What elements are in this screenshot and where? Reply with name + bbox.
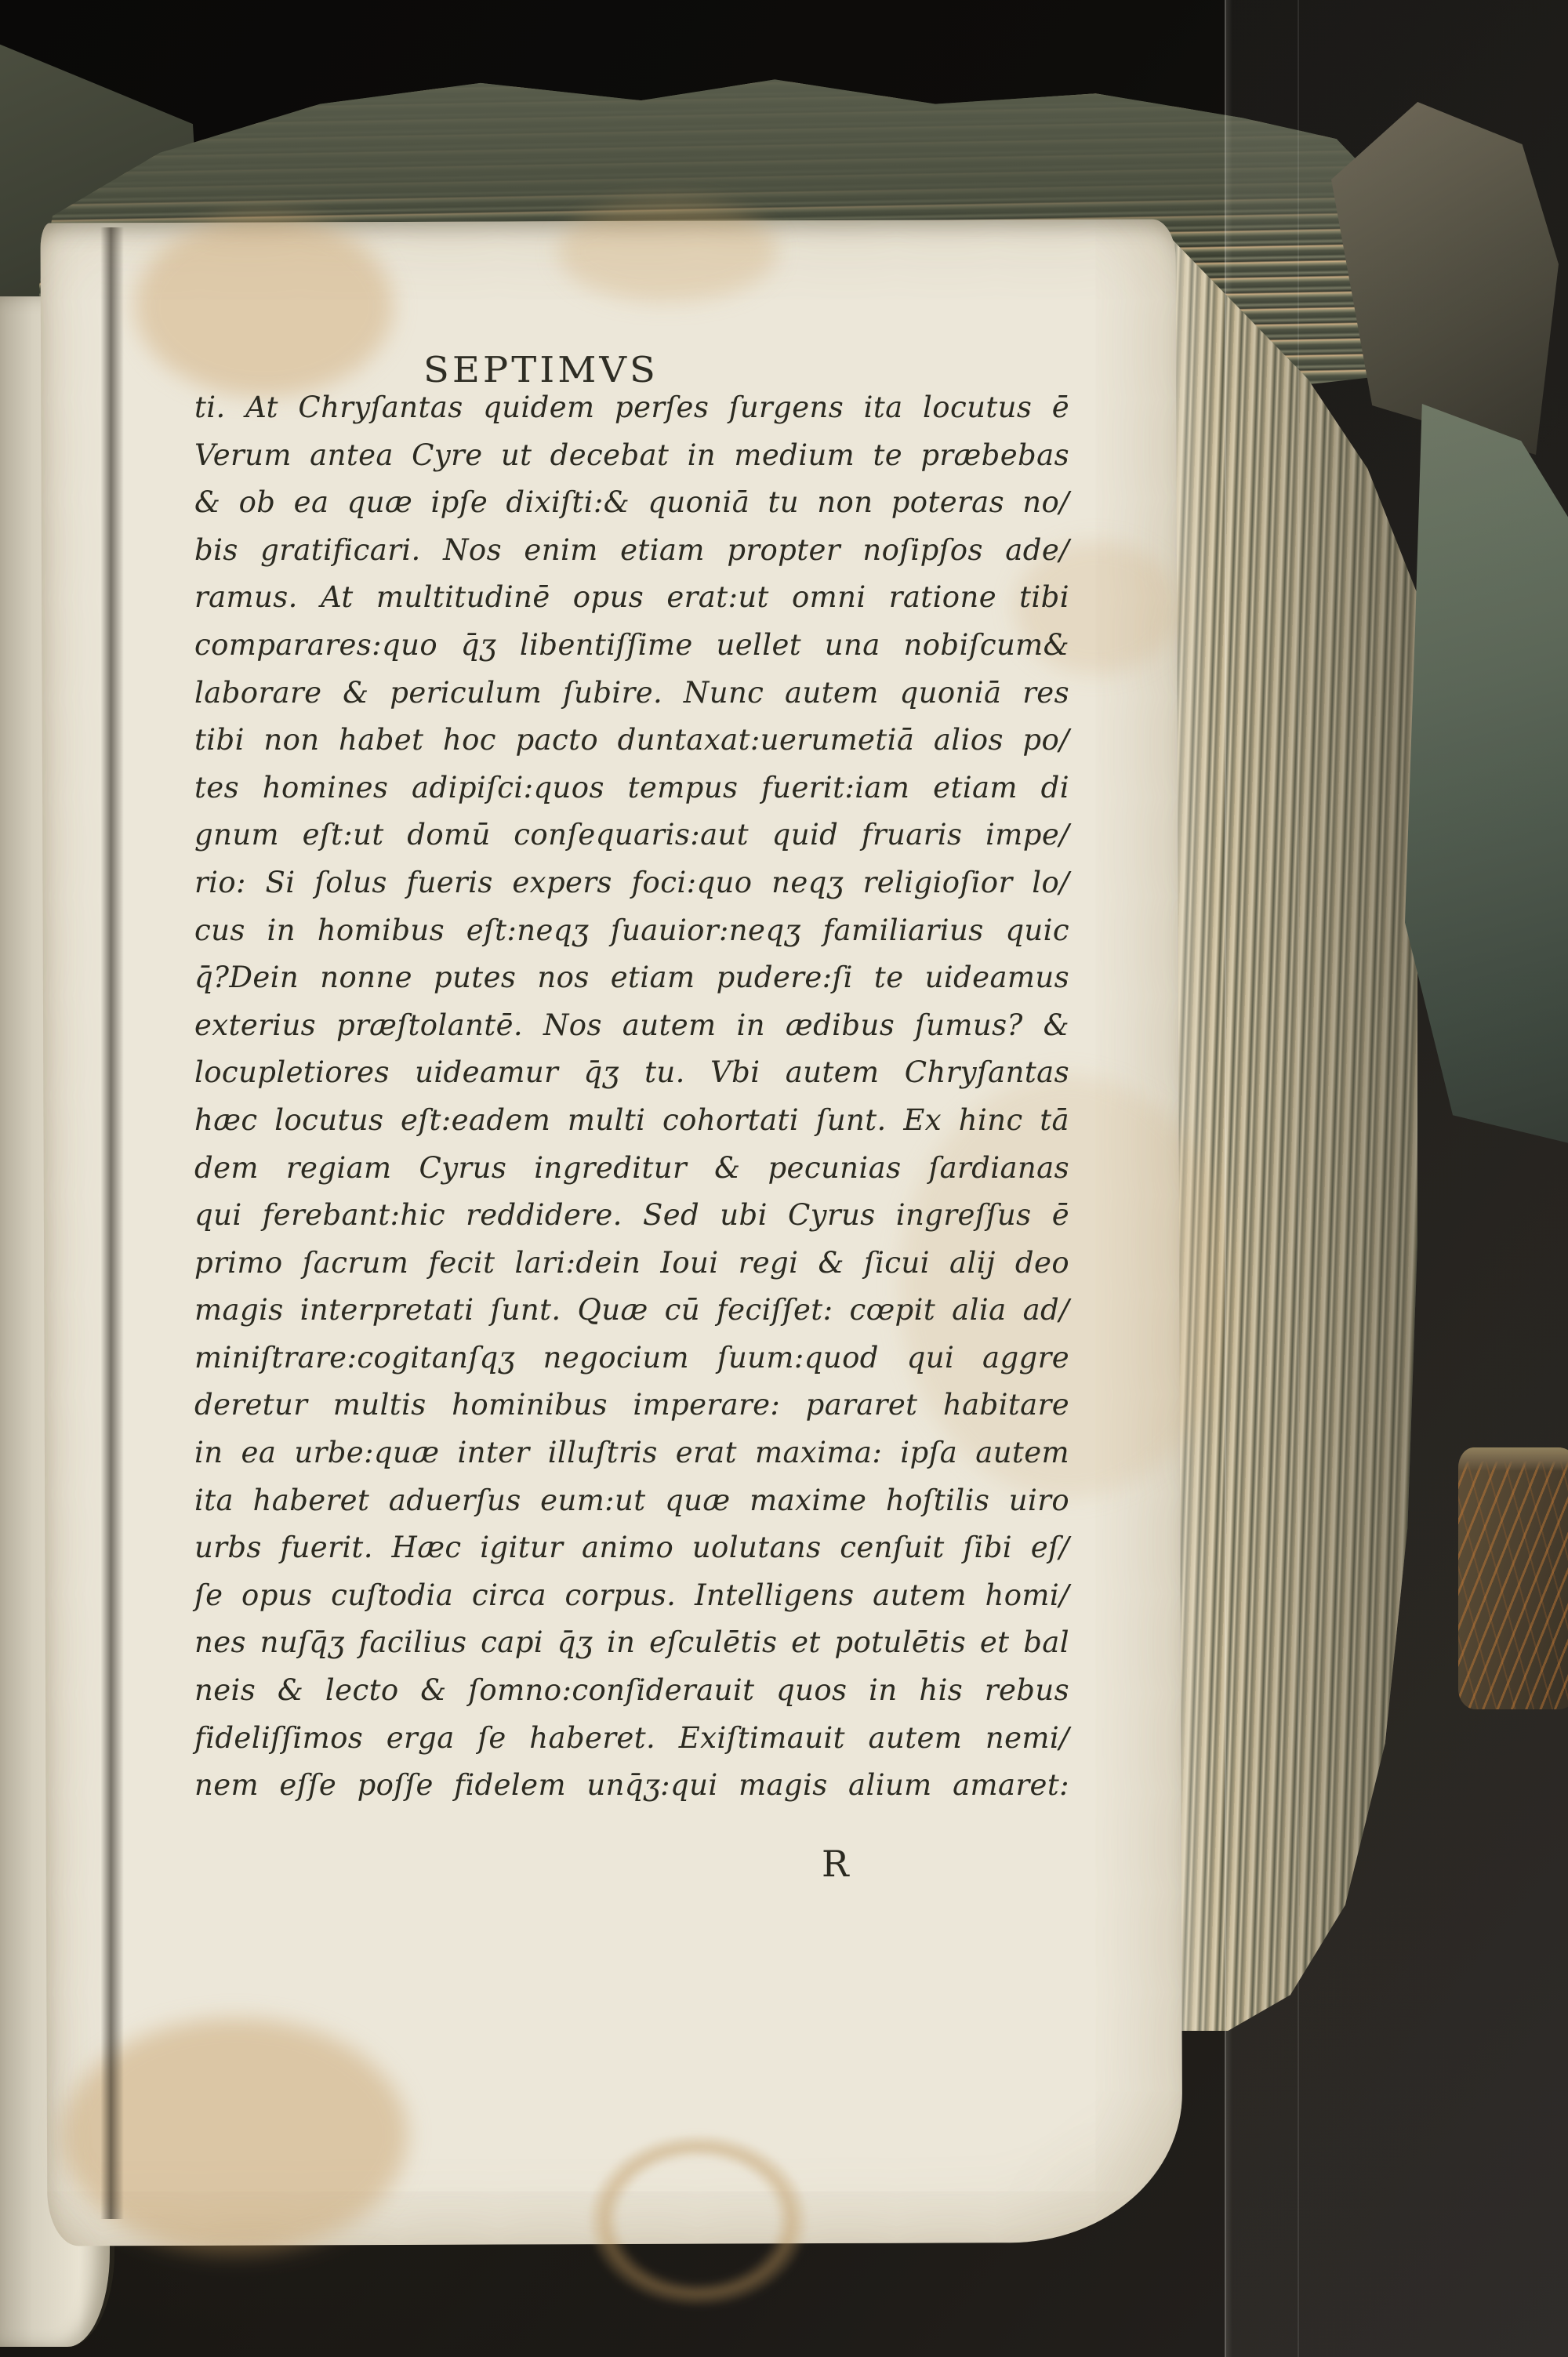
text-line: magis interpretati ſunt. Quæ cū feciſſet… bbox=[194, 1293, 1069, 1341]
top-right-board-edge bbox=[1331, 102, 1559, 455]
clasp-strap bbox=[1458, 1447, 1568, 1709]
strap-leather-grain bbox=[1458, 1447, 1568, 1709]
ring-stain bbox=[588, 2134, 808, 2307]
gutter-shadow bbox=[100, 227, 124, 2219]
stain bbox=[557, 200, 777, 303]
text-line: urbs fuerit. Hæc igitur animo uolutans c… bbox=[194, 1531, 1069, 1578]
text-line: deretur multis hominibus imperare: parar… bbox=[194, 1388, 1069, 1436]
text-line: rio: Si ſolus fueris expers foci:quo neq… bbox=[194, 866, 1069, 913]
text-line: primo ſacrum fecit lari:dein Ioui regi &… bbox=[194, 1246, 1069, 1294]
text-line: gnum eſt:ut domū conſequaris:aut quid fr… bbox=[194, 818, 1069, 866]
text-line: comparares:quo q̄ʒ libentiſſime uellet u… bbox=[194, 628, 1069, 676]
binding-cloth bbox=[1405, 404, 1568, 1145]
strap-cap bbox=[1458, 1447, 1568, 1471]
text-block: ti. At Chryſantas quidem perſes ſurgens … bbox=[194, 390, 1069, 1816]
text-line: ti. At Chryſantas quidem perſes ſurgens … bbox=[194, 390, 1069, 438]
signature-mark: R bbox=[822, 1843, 849, 1885]
text-line: tes homines adipiſci:quos tempus fuerit:… bbox=[194, 771, 1069, 819]
fore-edge-page-stack bbox=[1168, 235, 1417, 2031]
running-header: SEPTIMVS bbox=[423, 350, 659, 391]
text-line: q̄?Dein nonne putes nos etiam pudere:ſi … bbox=[194, 961, 1069, 1008]
stain bbox=[134, 216, 394, 397]
text-line: ita haberet aduerſus eum:ut quæ maxime h… bbox=[194, 1484, 1069, 1531]
text-line: neis & lecto & ſomno:conſiderauit quos i… bbox=[194, 1673, 1069, 1721]
text-line: nem eſſe poſſe fidelem unq̄ʒ:qui magis a… bbox=[194, 1768, 1069, 1816]
text-line: bis gratificari. Nos enim etiam propter … bbox=[194, 533, 1069, 581]
text-line: nes nuſq̄ʒ facilius capi q̄ʒ in eſculēti… bbox=[194, 1625, 1069, 1673]
photo-backdrop: mi lau fu tuqʒ uas ho: e ou s fu tem ſte… bbox=[0, 0, 1568, 2357]
text-line: & ob ea quæ ipſe dixiſti:& quoniā tu non… bbox=[194, 485, 1069, 533]
text-line: tibi non habet hoc pacto duntaxat:uerume… bbox=[194, 723, 1069, 771]
text-line: ramus. At multitudinē opus erat:ut omni … bbox=[194, 580, 1069, 628]
text-line: exterius præſtolantē. Nos autem in ædibu… bbox=[194, 1008, 1069, 1056]
text-line: qui ferebant:hic reddidere. Sed ubi Cyru… bbox=[194, 1198, 1069, 1246]
text-line: fideliſſimos erga ſe haberet. Exiſtimaui… bbox=[194, 1721, 1069, 1769]
text-line: dem regiam Cyrus ingreditur & pecunias ſ… bbox=[194, 1151, 1069, 1199]
text-line: cus in homibus eſt:neqʒ ſuauior:neqʒ fam… bbox=[194, 913, 1069, 961]
text-line: ſe opus cuſtodia circa corpus. Intellige… bbox=[194, 1578, 1069, 1626]
text-line: Verum antea Cyre ut decebat in medium te… bbox=[194, 438, 1069, 486]
text-line: in ea urbe:quæ inter illuſtris erat maxi… bbox=[194, 1436, 1069, 1484]
text-line: locupletiores uideamur q̄ʒ tu. Vbi autem… bbox=[194, 1055, 1069, 1103]
text-line: hæc locutus eſt:eadem multi cohortati ſu… bbox=[194, 1103, 1069, 1151]
text-line: miniſtrare:cogitanſqʒ negocium ſuum:quod… bbox=[194, 1341, 1069, 1389]
text-line: laborare & periculum ſubire. Nunc autem … bbox=[194, 676, 1069, 724]
